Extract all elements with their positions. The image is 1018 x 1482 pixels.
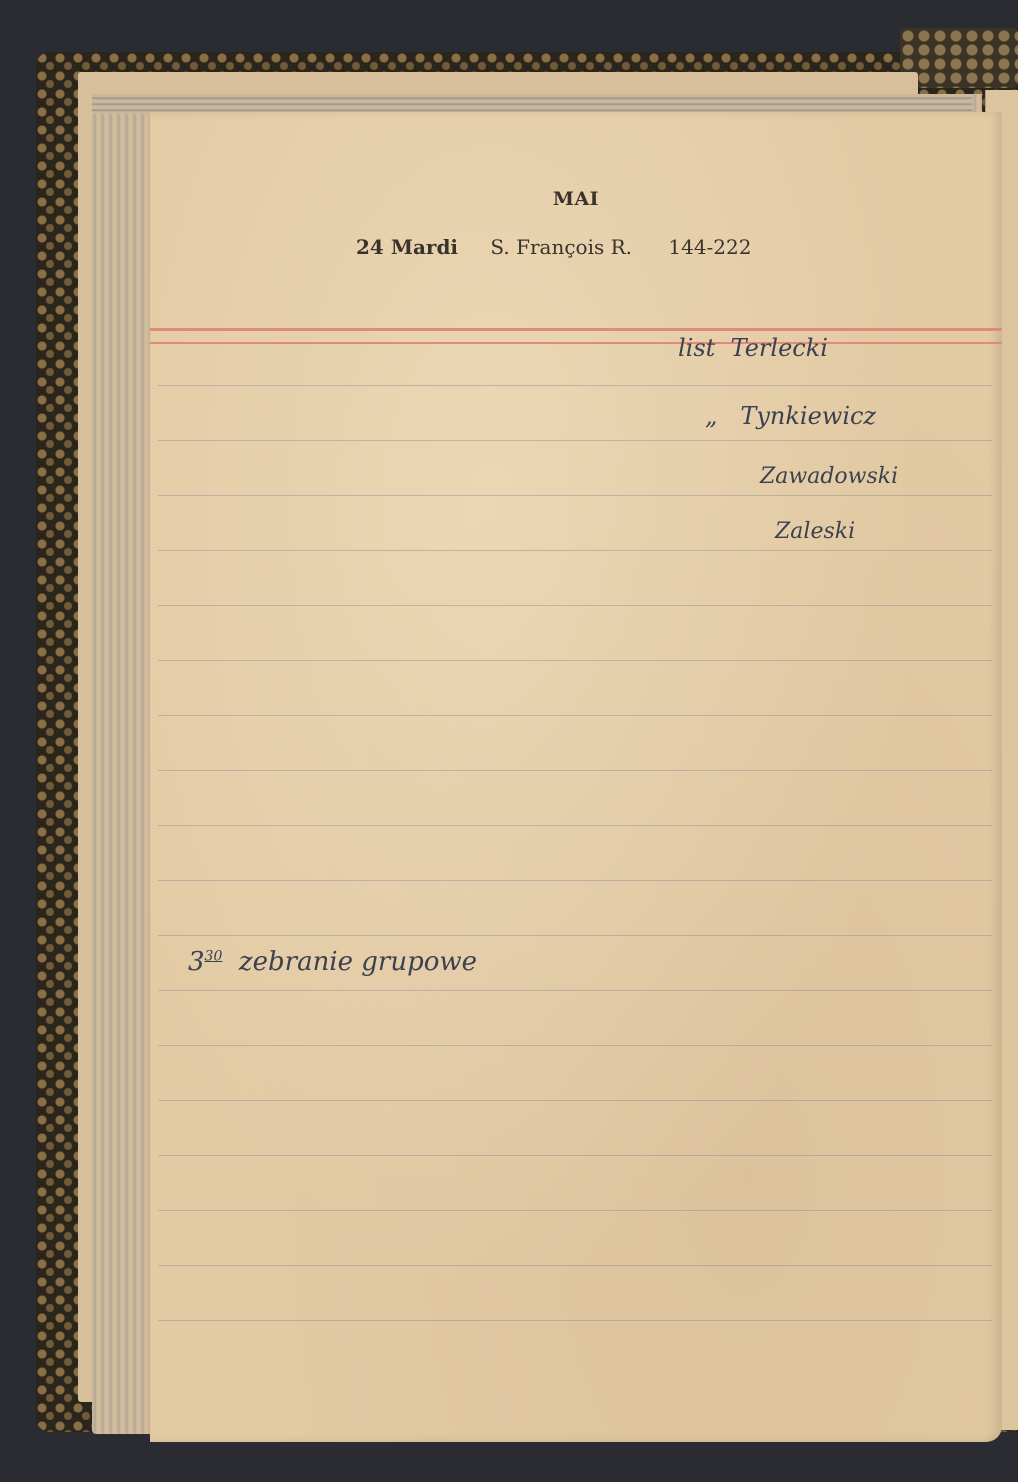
day-label: 24 Mardi xyxy=(356,235,458,259)
ruled-line xyxy=(158,715,992,716)
month-heading: MAI xyxy=(150,188,1002,210)
handwritten-entry-2: „ Tynkiewicz xyxy=(705,402,876,430)
diary-page: MAI 24 Mardi S. François R. 144-222 list… xyxy=(150,112,1002,1442)
ruled-line xyxy=(158,1320,992,1321)
saint-name: S. François R. xyxy=(490,235,632,259)
ruled-line xyxy=(158,495,992,496)
ruled-line xyxy=(158,440,992,441)
ruled-line xyxy=(158,1100,992,1101)
ruled-line xyxy=(158,1045,992,1046)
ruled-line xyxy=(158,990,992,991)
red-rule-top xyxy=(150,328,1002,331)
ruled-line xyxy=(158,1155,992,1156)
date-line: 24 Mardi S. François R. 144-222 xyxy=(356,235,751,259)
ruled-line xyxy=(158,770,992,771)
ruled-line xyxy=(158,385,992,386)
handwritten-entry-4: Zaleski xyxy=(775,519,855,544)
ruled-line xyxy=(158,660,992,661)
handwritten-entry-3: Zawadowski xyxy=(760,464,898,489)
day-count: 144-222 xyxy=(668,235,751,259)
ruled-line xyxy=(158,1265,992,1266)
handwritten-entry-1: list Terlecki xyxy=(678,334,828,362)
red-rule-bottom xyxy=(150,342,1002,344)
ruled-line xyxy=(158,550,992,551)
ruled-line xyxy=(158,605,992,606)
ruled-line xyxy=(158,825,992,826)
ruled-line xyxy=(158,935,992,936)
ruled-line xyxy=(158,880,992,881)
handwritten-meeting-note: 330 zebranie grupowe xyxy=(188,947,477,977)
ruled-line xyxy=(158,1210,992,1211)
page-edges-top xyxy=(92,94,972,114)
